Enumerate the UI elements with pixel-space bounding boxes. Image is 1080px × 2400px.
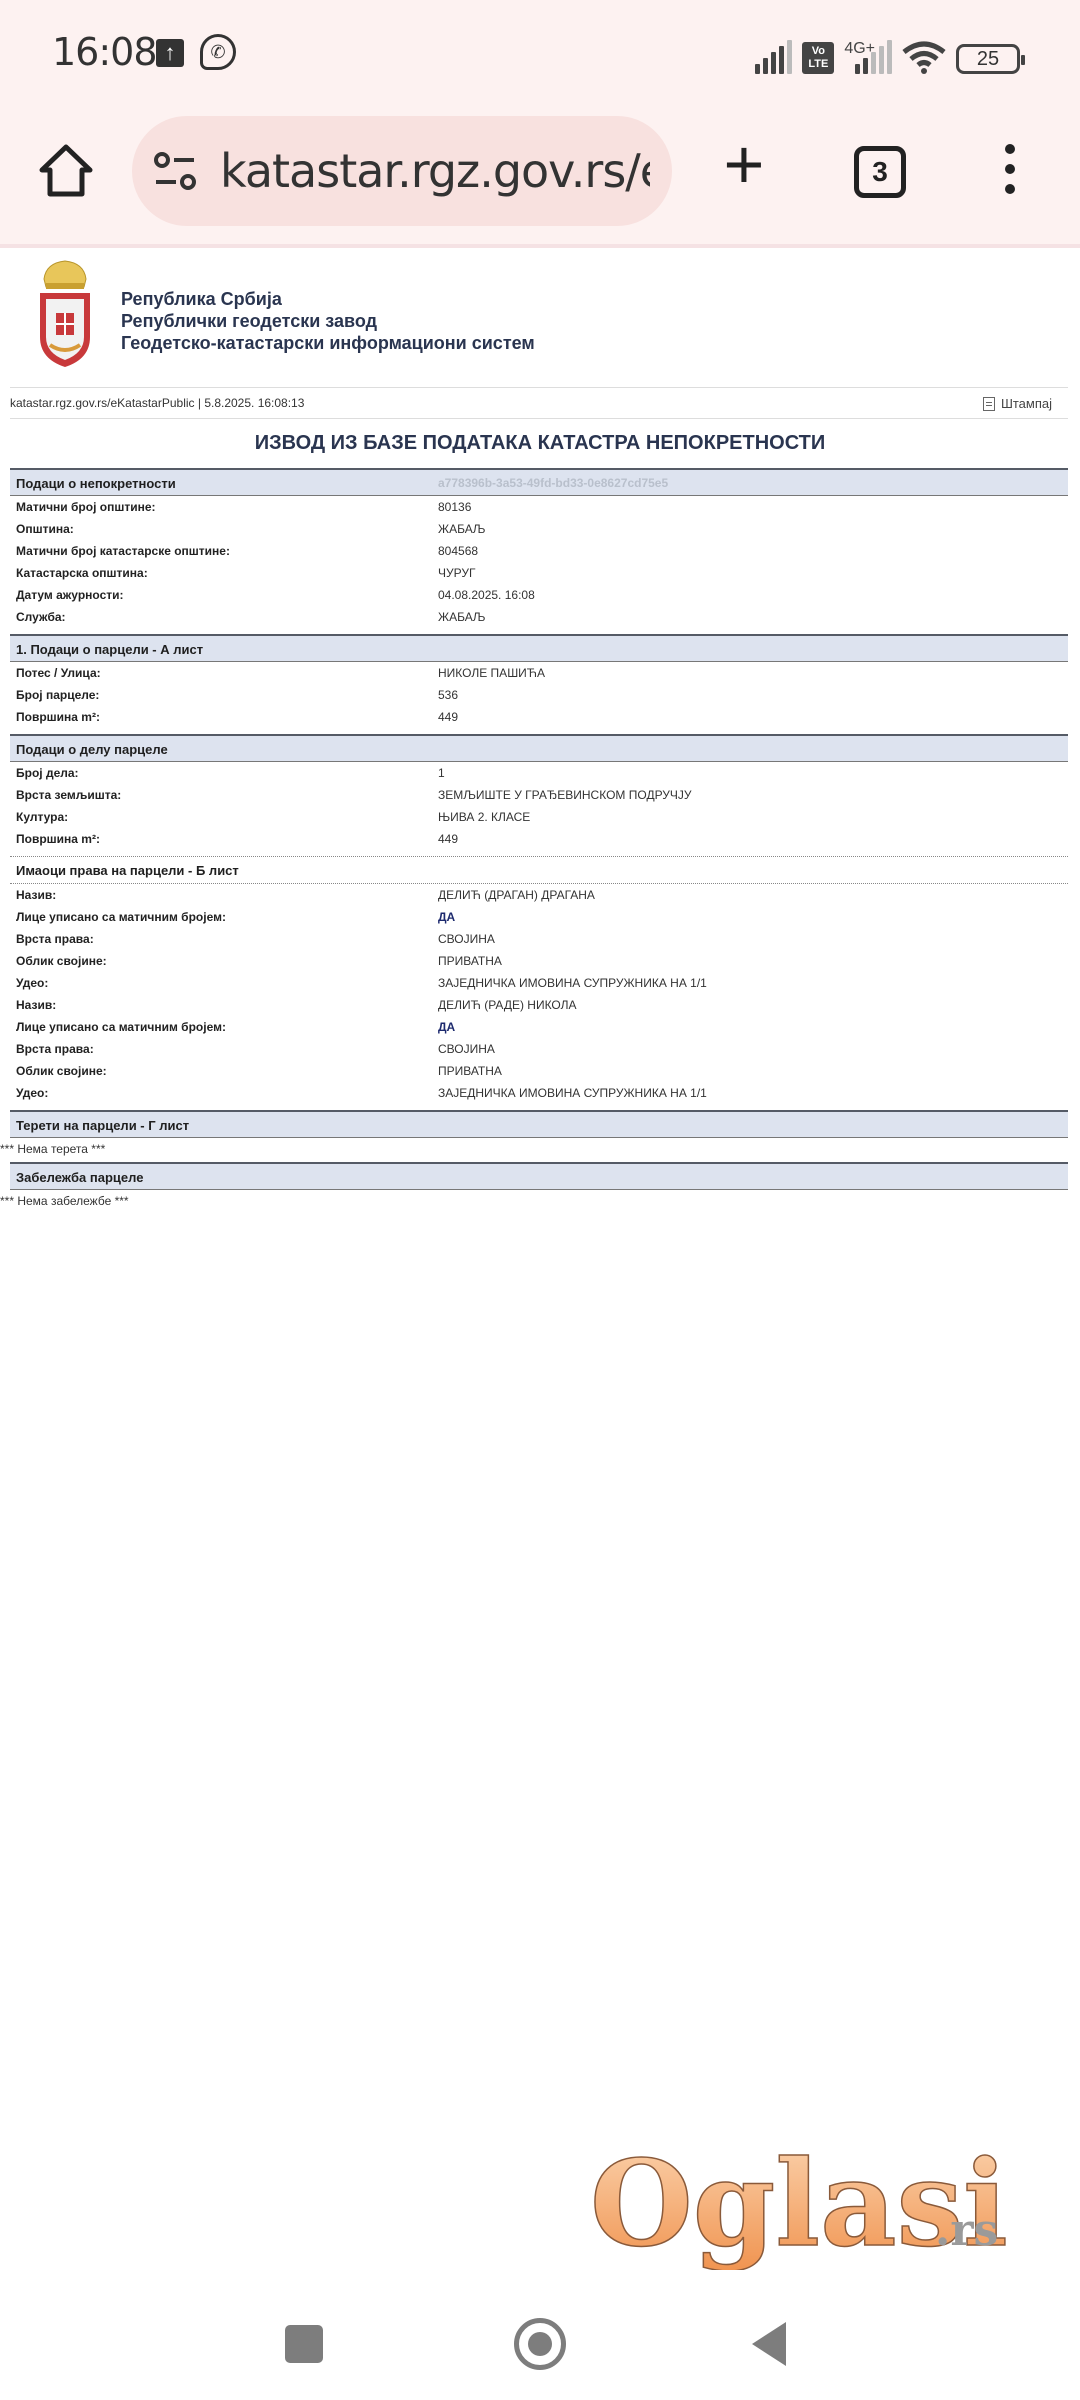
section-title: 1. Подаци о парцели - А лист <box>16 642 203 657</box>
table-row: Катастарска општина:ЧУРУГ <box>10 562 1068 584</box>
row-value: ЗЕМЉИШТЕ У ГРАЂЕВИНСКОМ ПОДРУЧЈУ <box>438 788 692 802</box>
row-value: ЊИВА 2. КЛАСЕ <box>438 810 530 824</box>
owners-rows: Назив:ДЕЛИЋ (ДРАГАН) ДРАГАНАЛице уписано… <box>10 884 1068 1104</box>
row-value: 804568 <box>438 544 478 558</box>
row-label: Удео: <box>16 976 48 990</box>
row-label: Матични број катастарске општине: <box>16 544 230 558</box>
table-row: Лице уписано са матичним бројем:ДА <box>10 1016 1068 1038</box>
volte-icon: VoLTE <box>802 42 834 74</box>
document-guid: a778396b-3a53-49fd-bd33-0e8627cd75e5 <box>438 476 668 490</box>
table-row: Потес / Улица:НИКОЛЕ ПАШИЋА <box>10 662 1068 684</box>
row-label: Матични број општине: <box>16 500 156 514</box>
row-label: Број дела: <box>16 766 79 780</box>
table-row: Облик својине:ПРИВАТНА <box>10 950 1068 972</box>
upload-icon: ↑ <box>156 39 184 67</box>
row-value: ЖАБАЉ <box>438 522 485 536</box>
print-button[interactable]: Штампај <box>983 396 1052 411</box>
table-row: Врста права:СВОЈИНА <box>10 928 1068 950</box>
remarks-note: *** Нема забележбе *** <box>0 1190 1068 1214</box>
row-label: Датум ажурности: <box>16 588 124 602</box>
browser-toolbar: katastar.rgz.gov.rs/eKatastarPublic + 3 <box>0 100 1080 248</box>
battery-icon: 25 <box>956 44 1020 74</box>
row-value: ЗАЈЕДНИЧКА ИМОВИНА СУПРУЖНИКА НА 1/1 <box>438 1086 707 1100</box>
row-label: Потес / Улица: <box>16 666 101 680</box>
table-row: Култура:ЊИВА 2. КЛАСЕ <box>10 806 1068 828</box>
source-timestamp: katastar.rgz.gov.rs/eKatastarPublic | 5.… <box>10 396 304 410</box>
organization-name: Република Србија Републички геодетски за… <box>121 288 535 354</box>
table-row: Датум ажурности:04.08.2025. 16:08 <box>10 584 1068 606</box>
table-row: Број парцеле:536 <box>10 684 1068 706</box>
row-label: Облик својине: <box>16 1064 107 1078</box>
parcel-part-rows: Број дела:1Врста земљишта:ЗЕМЉИШТЕ У ГРА… <box>10 762 1068 850</box>
row-value: ДА <box>438 910 455 924</box>
row-label: Површина m²: <box>16 710 100 724</box>
row-value: ДЕЛИЋ (РАДЕ) НИКОЛА <box>438 998 577 1012</box>
signal-icon <box>755 40 792 74</box>
table-row: Лице уписано са матичним бројем:ДА <box>10 906 1068 928</box>
row-value: 449 <box>438 710 458 724</box>
recent-apps-button[interactable] <box>285 2325 323 2363</box>
viber-icon: ✆ <box>200 34 236 70</box>
row-label: Назив: <box>16 998 56 1012</box>
row-label: Број парцеле: <box>16 688 99 702</box>
section-owners-header: Имаоци права на парцели - Б лист <box>10 856 1068 884</box>
document-title: ИЗВОД ИЗ БАЗЕ ПОДАТАКА КАТАСТРА НЕПОКРЕТ… <box>0 432 1080 455</box>
print-label: Штампај <box>1001 396 1052 411</box>
back-button[interactable] <box>752 2322 786 2366</box>
row-value: ЧУРУГ <box>438 566 475 580</box>
row-label: Врста земљишта: <box>16 788 121 802</box>
row-value: 536 <box>438 688 458 702</box>
url-text[interactable]: katastar.rgz.gov.rs/eKatastarPublic <box>220 144 650 198</box>
row-value: СВОЈИНА <box>438 932 495 946</box>
row-value: ПРИВАТНА <box>438 954 502 968</box>
section-title: Имаоци права на парцели - Б лист <box>16 863 239 878</box>
row-label: Лице уписано са матичним бројем: <box>16 1020 226 1034</box>
new-tab-button[interactable]: + <box>718 136 770 196</box>
status-time: 16:08 <box>52 30 157 74</box>
table-row: Назив:ДЕЛИЋ (ДРАГАН) ДРАГАНА <box>10 884 1068 906</box>
site-settings-icon[interactable] <box>152 150 198 194</box>
overflow-menu-icon[interactable] <box>1000 144 1020 204</box>
row-value: НИКОЛЕ ПАШИЋА <box>438 666 545 680</box>
section-property-header: Подаци о непокретности a778396b-3a53-49f… <box>10 468 1068 496</box>
row-label: Назив: <box>16 888 56 902</box>
section-remarks-header: Забележба парцеле <box>10 1162 1068 1190</box>
system-nav-bar <box>0 2280 1080 2400</box>
row-label: Облик својине: <box>16 954 107 968</box>
row-value: 449 <box>438 832 458 846</box>
table-row: Удео:ЗАЈЕДНИЧКА ИМОВИНА СУПРУЖНИКА НА 1/… <box>10 972 1068 994</box>
encumbrances-note: *** Нема терета *** <box>0 1138 1068 1162</box>
network-type-label: 4G+ <box>844 40 875 58</box>
org-line-3: Геодетско-катастарски информациони систе… <box>121 332 535 354</box>
table-row: Општина:ЖАБАЉ <box>10 518 1068 540</box>
row-value: ДЕЛИЋ (ДРАГАН) ДРАГАНА <box>438 888 595 902</box>
row-value: ЖАБАЉ <box>438 610 485 624</box>
parcel-rows: Потес / Улица:НИКОЛЕ ПАШИЋАБрој парцеле:… <box>10 662 1068 728</box>
row-label: Општина: <box>16 522 74 536</box>
row-value: СВОЈИНА <box>438 1042 495 1056</box>
row-label: Врста права: <box>16 932 94 946</box>
table-row: Назив:ДЕЛИЋ (РАДЕ) НИКОЛА <box>10 994 1068 1016</box>
home-icon[interactable] <box>38 142 94 198</box>
row-value: ЗАЈЕДНИЧКА ИМОВИНА СУПРУЖНИКА НА 1/1 <box>438 976 707 990</box>
table-row: Површина m²:449 <box>10 706 1068 728</box>
web-page: Република Србија Републички геодетски за… <box>0 252 1080 380</box>
section-title: Терети на парцели - Г лист <box>16 1118 189 1133</box>
row-value: 1 <box>438 766 445 780</box>
property-rows: Матични број општине:80136Општина:ЖАБАЉМ… <box>10 496 1068 628</box>
table-row: Врста земљишта:ЗЕМЉИШТЕ У ГРАЂЕВИНСКОМ П… <box>10 784 1068 806</box>
section-title: Подаци о непокретности <box>16 476 176 491</box>
org-line-1: Република Србија <box>121 288 535 310</box>
coat-of-arms-icon <box>36 257 94 372</box>
section-parcel-part-header: Подаци о делу парцеле <box>10 734 1068 762</box>
table-row: Врста права:СВОЈИНА <box>10 1038 1068 1060</box>
wifi-icon <box>902 40 946 74</box>
status-bar: 16:08 ↑ ✆ VoLTE 4G+ 25 <box>0 0 1080 100</box>
section-encumbrances-header: Терети на парцели - Г лист <box>10 1110 1068 1138</box>
row-value: 04.08.2025. 16:08 <box>438 588 535 602</box>
section-title: Подаци о делу парцеле <box>16 742 168 757</box>
table-row: Број дела:1 <box>10 762 1068 784</box>
extract-content: Подаци о непокретности a778396b-3a53-49f… <box>10 468 1068 1214</box>
table-row: Матични број катастарске општине:804568 <box>10 540 1068 562</box>
row-value: ДА <box>438 1020 455 1034</box>
print-icon <box>983 397 995 411</box>
row-value: ПРИВАТНА <box>438 1064 502 1078</box>
row-value: 80136 <box>438 500 471 514</box>
table-row: Облик својине:ПРИВАТНА <box>10 1060 1068 1082</box>
watermark-suffix: .rs <box>935 2205 998 2256</box>
table-row: Удео:ЗАЈЕДНИЧКА ИМОВИНА СУПРУЖНИКА НА 1/… <box>10 1082 1068 1104</box>
meta-bar: katastar.rgz.gov.rs/eKatastarPublic | 5.… <box>10 387 1068 419</box>
oglasi-watermark-logo: Oglasi .rs <box>590 2150 1030 2270</box>
page-header: Република Србија Републички геодетски за… <box>0 252 1080 380</box>
row-label: Служба: <box>16 610 66 624</box>
row-label: Катастарска општина: <box>16 566 148 580</box>
table-row: Служба:ЖАБАЉ <box>10 606 1068 628</box>
tab-switcher-button[interactable]: 3 <box>854 146 906 198</box>
address-bar[interactable]: katastar.rgz.gov.rs/eKatastarPublic <box>132 116 672 226</box>
row-label: Површина m²: <box>16 832 100 846</box>
row-label: Култура: <box>16 810 68 824</box>
table-row: Матични број општине:80136 <box>10 496 1068 518</box>
home-button[interactable] <box>514 2318 566 2370</box>
table-row: Површина m²:449 <box>10 828 1068 850</box>
row-label: Лице уписано са матичним бројем: <box>16 910 226 924</box>
section-title: Забележба парцеле <box>16 1170 143 1185</box>
section-parcel-header: 1. Подаци о парцели - А лист <box>10 634 1068 662</box>
org-line-2: Републички геодетски завод <box>121 310 535 332</box>
row-label: Врста права: <box>16 1042 94 1056</box>
row-label: Удео: <box>16 1086 48 1100</box>
